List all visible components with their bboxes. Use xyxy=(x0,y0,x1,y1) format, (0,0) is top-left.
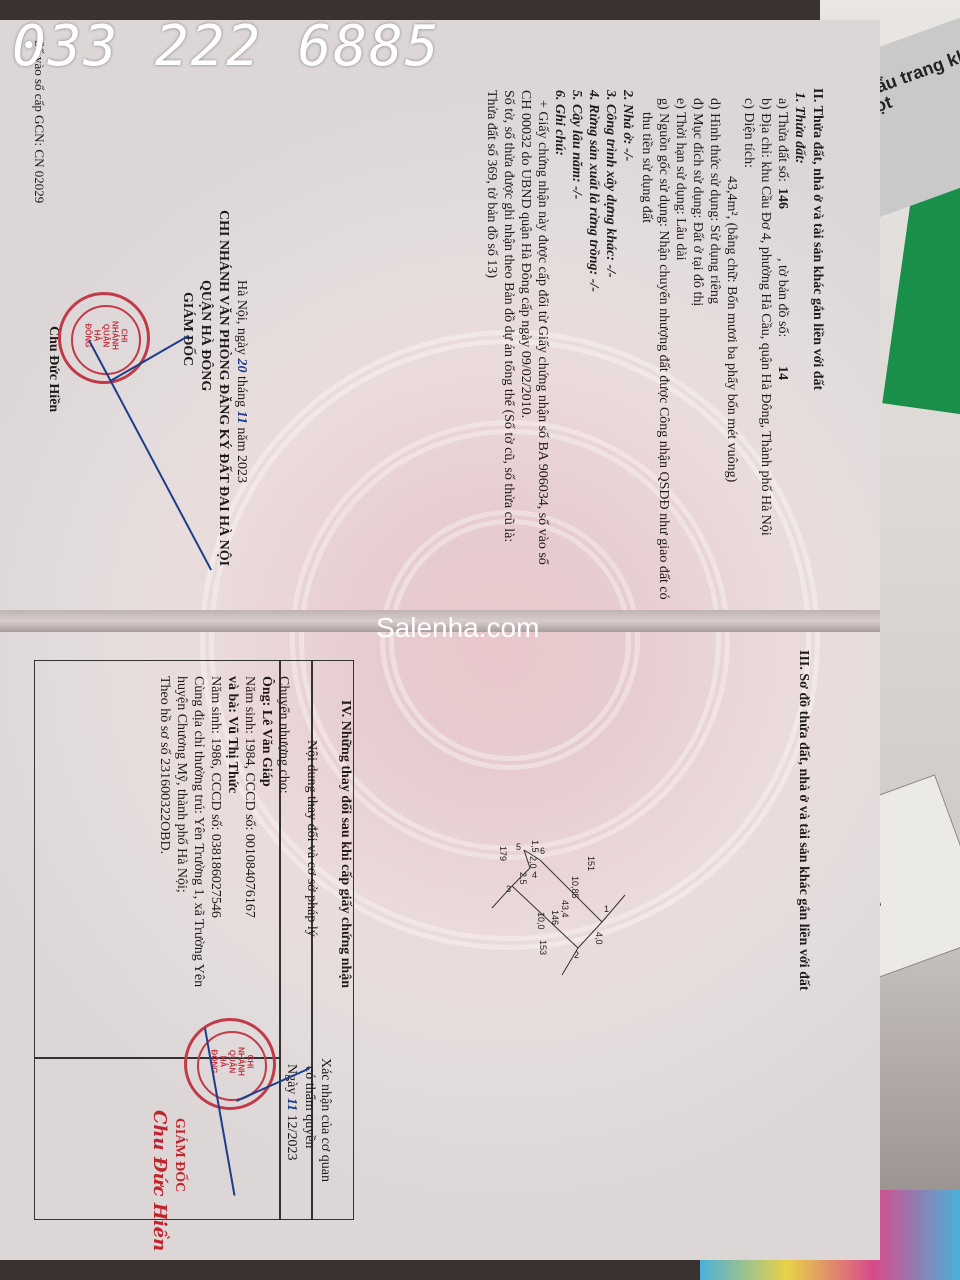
usage-purpose: đ) Mục đích sử dụng: Đất ở tại đô thị xyxy=(689,98,706,306)
svg-text:43,4: 43,4 xyxy=(560,900,570,918)
house: 2. Nhà ở: -/- xyxy=(619,90,636,161)
note-line-4: Thửa đất số 369, tờ bản đồ số 13) xyxy=(483,90,500,278)
usage-term: e) Thời hạn sử dụng: Lâu dài xyxy=(672,98,689,260)
svg-text:2,5: 2,5 xyxy=(518,872,528,885)
other-works: 3. Công trình xây dựng khác: -/- xyxy=(602,90,619,278)
svg-text:5: 5 xyxy=(516,842,521,852)
svg-text:1: 1 xyxy=(604,904,609,914)
address: b) Địa chỉ: khu Cầu Đơ 4, phường Hà Cầu,… xyxy=(757,98,774,536)
svg-text:6: 6 xyxy=(540,846,545,856)
svg-text:4: 4 xyxy=(532,870,537,880)
change-line: Theo hồ sơ số 231600322OBD. xyxy=(156,676,173,854)
land-title: 1. Thửa đất: xyxy=(791,92,808,164)
note-line-1: + Giấy chứng nhận này được cấp đổi từ Gi… xyxy=(534,100,551,565)
svg-text:2: 2 xyxy=(574,950,579,960)
change-line: Cùng địa chỉ thường trú: Yên Trường 1, x… xyxy=(190,676,207,987)
issuing-org: CHI NHÁNH VĂN PHÒNG ĐĂNG KÝ ĐẤT ĐAI HÀ N… xyxy=(215,210,232,566)
change-line-buyer: Ông: Lê Văn Giáp xyxy=(258,676,275,787)
issue-month: 11 xyxy=(234,411,249,424)
watermark: Salenha.com xyxy=(376,612,539,644)
perennial-trees: 5. Cây lâu năm: -/- xyxy=(568,90,585,199)
change-line: huyện Chương Mỹ, thành phố Hà Nội; xyxy=(173,676,190,893)
svg-text:151: 151 xyxy=(586,856,596,871)
note-line-2: CH 00032 do UBND quận Hà Đông cấp ngày 0… xyxy=(517,90,534,418)
signer-role: GIÁM ĐỐC xyxy=(179,292,196,366)
col-confirm-header-1: Xác nhận của cơ quan xyxy=(317,1058,334,1182)
usage-form: d) Hình thức sử dụng: Sử dụng riêng xyxy=(706,98,723,304)
map-sheet-number: 14 xyxy=(774,366,791,380)
area-value: 43,4m², (bằng chữ: Bốn mươi ba phẩy bốn … xyxy=(723,176,740,482)
forest: 4. Rừng sản xuất là rừng trồng: -/- xyxy=(585,90,602,292)
issuing-org-district: QUẬN HÀ ĐÔNG xyxy=(197,280,214,391)
notes-title: 6. Ghi chú: xyxy=(551,90,568,156)
svg-text:1,5: 1,5 xyxy=(530,840,540,853)
section2-heading: II. Thửa đất, nhà ở và tài sản khác gắn … xyxy=(809,88,826,390)
svg-text:2,0: 2,0 xyxy=(528,856,538,869)
change-line: Chuyển nhượng cho: xyxy=(275,676,292,794)
svg-text:10,85: 10,85 xyxy=(570,876,580,899)
issue-day: 20 xyxy=(234,359,249,373)
issue-date: Hà Nội, ngày 20 tháng 11 năm 2023 xyxy=(233,280,250,483)
note-line-3: Số tờ, số thửa được ghi nhận theo Bản đồ… xyxy=(500,90,517,542)
official-stamp-right: CHI NHÁNH QUẬN HÀ ĐÔNG xyxy=(184,1018,276,1110)
confirm-signer-name: Chu Đức Hiền xyxy=(151,1110,168,1251)
col-content-header: Nội dung thay đổi và cơ sở pháp lý xyxy=(303,740,320,937)
col-confirm-header-2: có thẩm quyền xyxy=(301,1066,318,1148)
svg-text:4,0: 4,0 xyxy=(594,932,604,945)
svg-text:179: 179 xyxy=(498,846,508,861)
parcel-number: 146 xyxy=(774,188,791,209)
usage-origin-cont: thu tiền sử dụng đất xyxy=(638,112,655,223)
parcel-number-label: a) Thửa đất số: xyxy=(774,98,791,182)
parcel-diagram: 146 43,4 151 153 179 10,85 10,0 4,0 2,5 … xyxy=(440,780,640,980)
area-label: c) Diện tích: xyxy=(740,98,757,168)
confirm-role: GIÁM ĐỐC xyxy=(171,1118,188,1192)
section4-heading: IV. Những thay đổi sau khi cấp giấy chứn… xyxy=(337,700,354,988)
svg-text:153: 153 xyxy=(538,940,548,955)
svg-text:10,0: 10,0 xyxy=(536,912,546,930)
change-line-buyer-2: và bà: Vũ Thị Thức xyxy=(224,676,241,793)
section3-heading: III. Sơ đồ thửa đất, nhà ở và tài sản kh… xyxy=(795,650,812,991)
svg-text:3: 3 xyxy=(506,884,511,894)
phone-number-overlay: 033 222 6885 xyxy=(12,14,441,79)
parcel-number-label-plot: 146 xyxy=(550,910,560,925)
map-sheet-label: , tờ bản đồ số: xyxy=(774,258,791,337)
change-line: Năm sinh: 1986, CCCD số: 038186027546 xyxy=(207,676,224,918)
change-line: Năm sinh: 1984, CCCD số: 001084076167 xyxy=(241,676,258,918)
usage-origin: g) Nguồn gốc sử dụng: Nhận chuyển nhượng… xyxy=(655,98,672,600)
